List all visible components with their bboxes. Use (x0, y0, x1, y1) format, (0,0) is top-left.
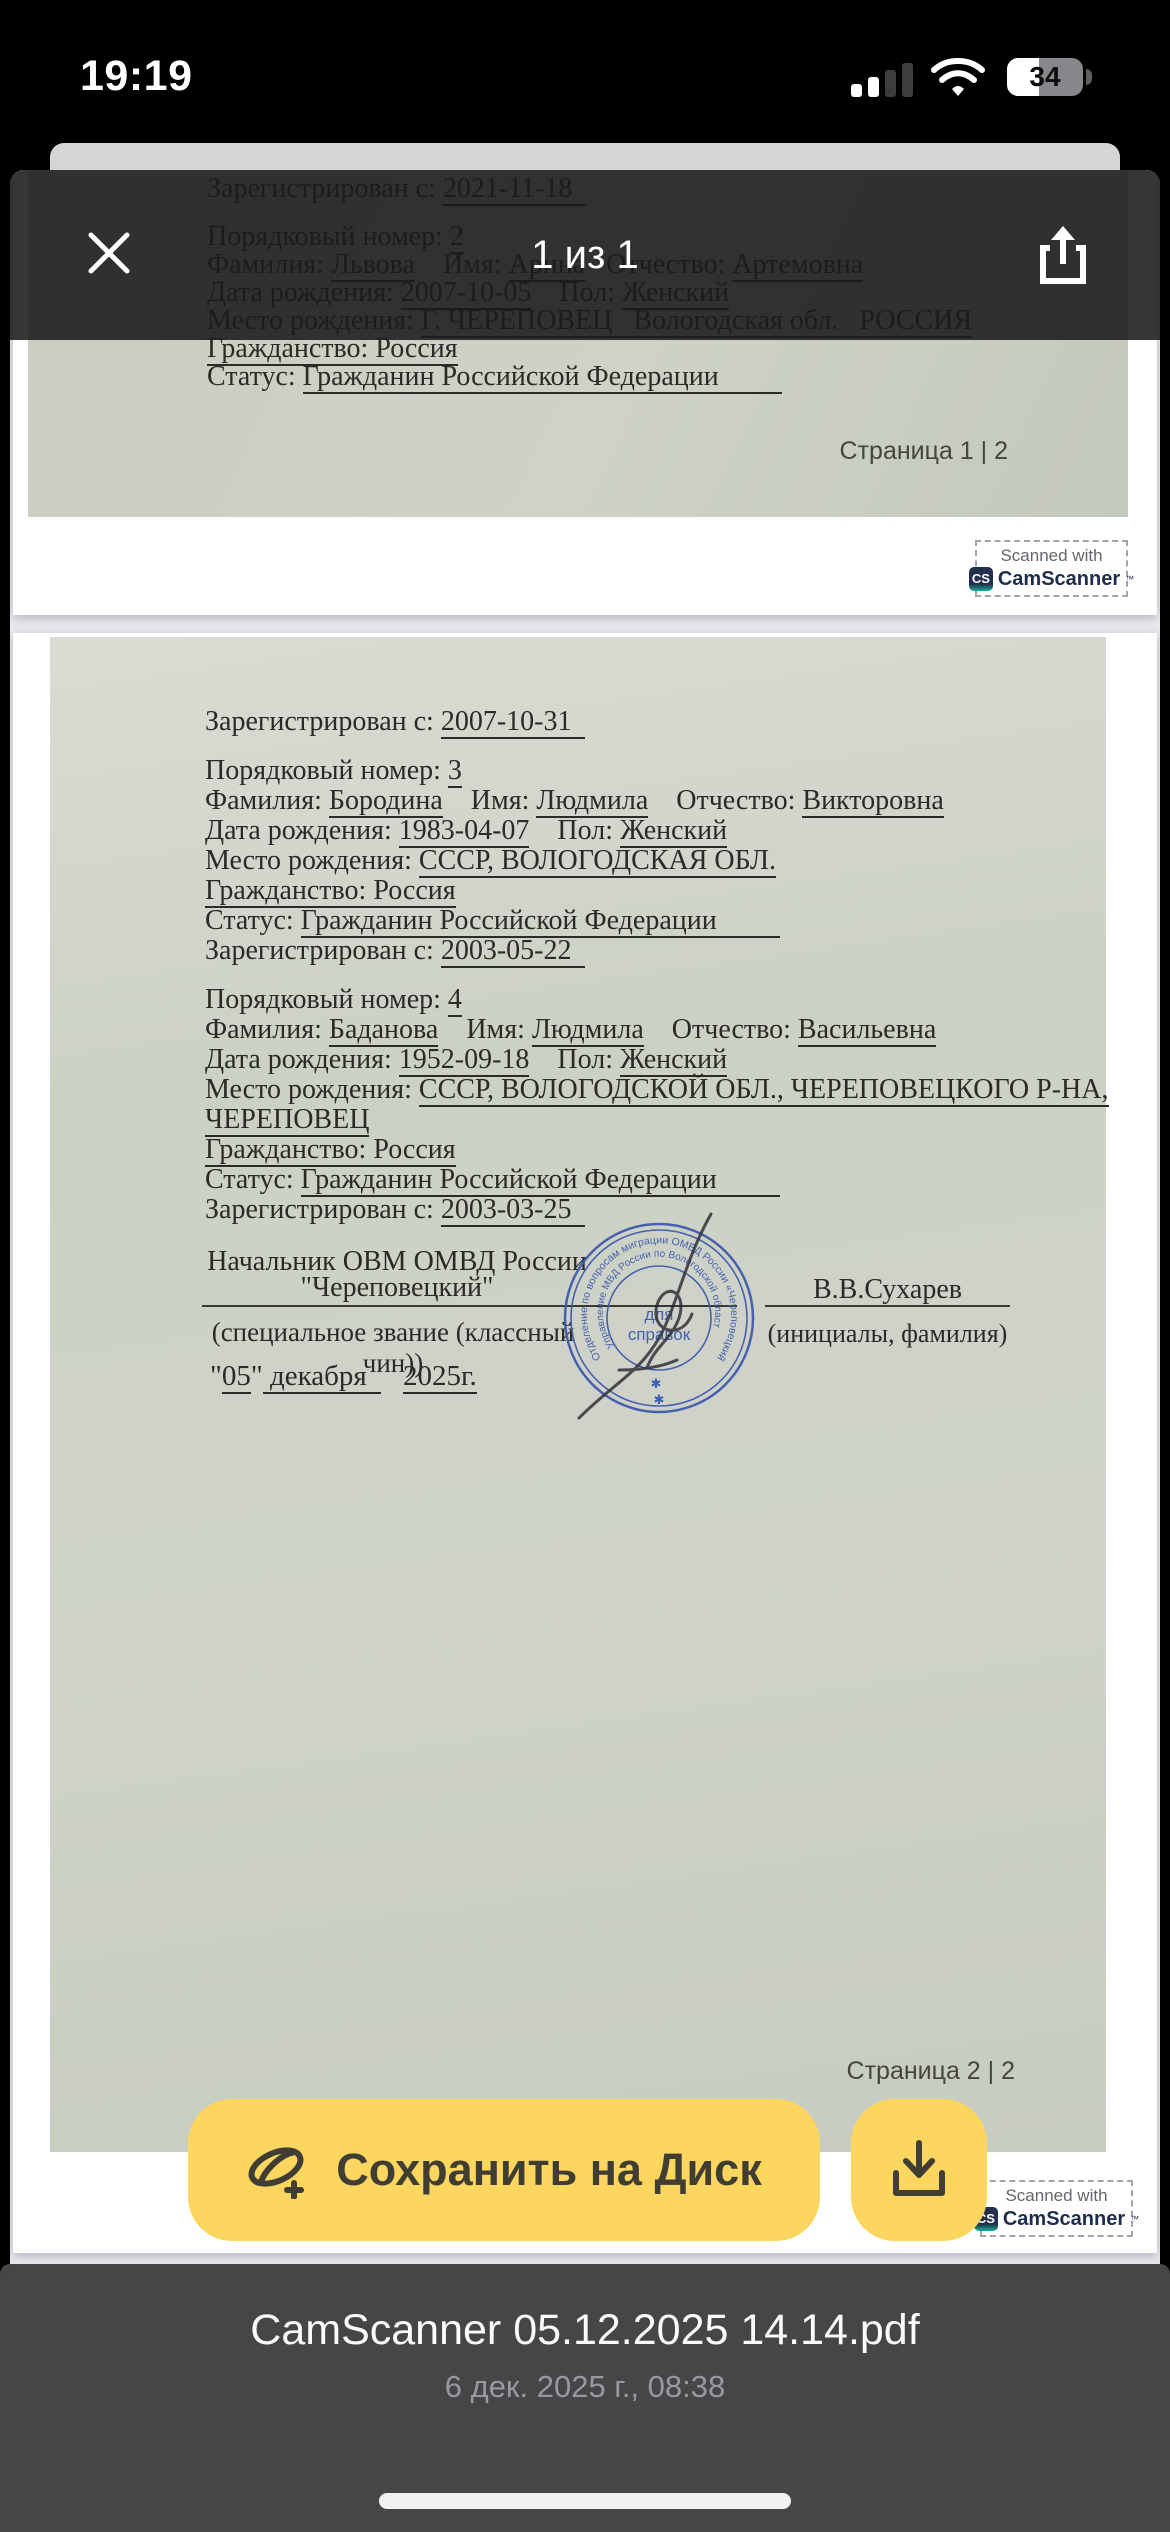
camscanner-name: CamScanner (1003, 2206, 1125, 2232)
document-line: Фамилия: Баданова Имя: Людмила Отчество:… (205, 1015, 1109, 1045)
camscanner-trademark: ™ (1130, 2206, 1139, 2232)
document-line: Дата рождения: 1952-09-18 Пол: Женский (205, 1045, 1109, 1075)
file-info-bar: CamScanner 05.12.2025 14.14.pdf 6 дек. 2… (0, 2264, 1170, 2532)
battery-percent: 34 (1007, 58, 1083, 96)
badge-scanned-with: Scanned with (1005, 2186, 1107, 2206)
yandex-disk-icon (246, 2141, 312, 2199)
camscanner-badge: Scanned with CS CamScanner ™ (975, 540, 1128, 597)
signature-rule-right (765, 1305, 1010, 1307)
document-line: Порядковый номер: 3 (205, 756, 1109, 786)
document-viewer-sheet[interactable]: Зарегистрирован с: 2021-11-18 Порядковый… (10, 170, 1160, 2264)
camscanner-trademark: ™ (1125, 566, 1134, 592)
share-button[interactable] (1027, 222, 1099, 288)
page-counter-title: 1 из 1 (10, 170, 1160, 340)
cellular-signal-icon (851, 60, 915, 97)
signer-name: В.В.Сухарев (765, 1274, 1010, 1306)
initials-caption: (инициалы, фамилия) (765, 1319, 1010, 1349)
document-line: Дата рождения: 1983-04-07 Пол: Женский (205, 816, 1109, 846)
camscanner-name: CamScanner (998, 566, 1120, 592)
file-name: CamScanner 05.12.2025 14.14.pdf (0, 2306, 1170, 2355)
save-to-disk-button[interactable]: Сохранить на Диск (188, 2099, 820, 2241)
document-line: Фамилия: Бородина Имя: Людмила Отчество:… (205, 786, 1109, 816)
pdf-page-2: Зарегистрирован с: 2007-10-31 Порядковый… (13, 633, 1157, 2253)
document-line: Место рождения: СССР, ВОЛОГОДСКОЙ ОБЛ., … (205, 1075, 1109, 1105)
save-button-label: Сохранить на Диск (336, 2144, 761, 2196)
page-number-label-2: Страница 2 | 2 (847, 2057, 1015, 2086)
viewer-header-overlay: 1 из 1 (10, 170, 1160, 340)
page-number-label-1: Страница 1 | 2 (840, 437, 1008, 466)
document-text-page2: Зарегистрирован с: 2007-10-31 Порядковый… (205, 707, 1109, 1225)
camscanner-badge: Scanned with CS CamScanner ™ (980, 2180, 1133, 2237)
official-stamp: Отделение по вопросам миграции ОМВД Росс… (559, 1218, 759, 1418)
camscanner-logo-icon: CS (969, 567, 993, 591)
document-line: Место рождения: СССР, ВОЛОГОДСКАЯ ОБЛ. (205, 846, 1109, 876)
stamp-star-1: ✱ (651, 1376, 662, 1391)
badge-scanned-with: Scanned with (1000, 546, 1102, 566)
signer-position: Начальник ОВМ ОМВД России "Череповецкий" (202, 1249, 592, 1301)
document-line: ЧЕРЕПОВЕЦ (205, 1105, 1109, 1135)
document-line: Гражданство: Россия (205, 1135, 1109, 1165)
home-indicator[interactable] (379, 2493, 791, 2509)
download-button[interactable] (851, 2099, 987, 2241)
stamp-star-2: ✱ (654, 1392, 665, 1407)
document-line: Статус: Гражданин Российской Федерации (205, 1165, 1109, 1195)
share-icon (1036, 224, 1090, 286)
document-line: Гражданство: Россия (205, 876, 1109, 906)
wifi-icon (930, 56, 986, 100)
document-date: "05" декабря 2025г. (210, 1360, 477, 1393)
status-bar-time: 19:19 (80, 52, 192, 101)
document-line: Статус: Гражданин Российской Федерации (207, 363, 972, 391)
document-line: Статус: Гражданин Российской Федерации (205, 906, 1109, 936)
battery-nub (1086, 69, 1092, 85)
document-line: Зарегистрирован с: 2007-10-31 (205, 707, 1109, 737)
file-date: 6 дек. 2025 г., 08:38 (0, 2369, 1170, 2405)
battery-icon: 34 (1007, 58, 1083, 96)
document-line: Порядковый номер: 4 (205, 985, 1109, 1015)
download-icon (890, 2139, 948, 2201)
document-line: Зарегистрирован с: 2003-05-22 (205, 936, 1109, 966)
